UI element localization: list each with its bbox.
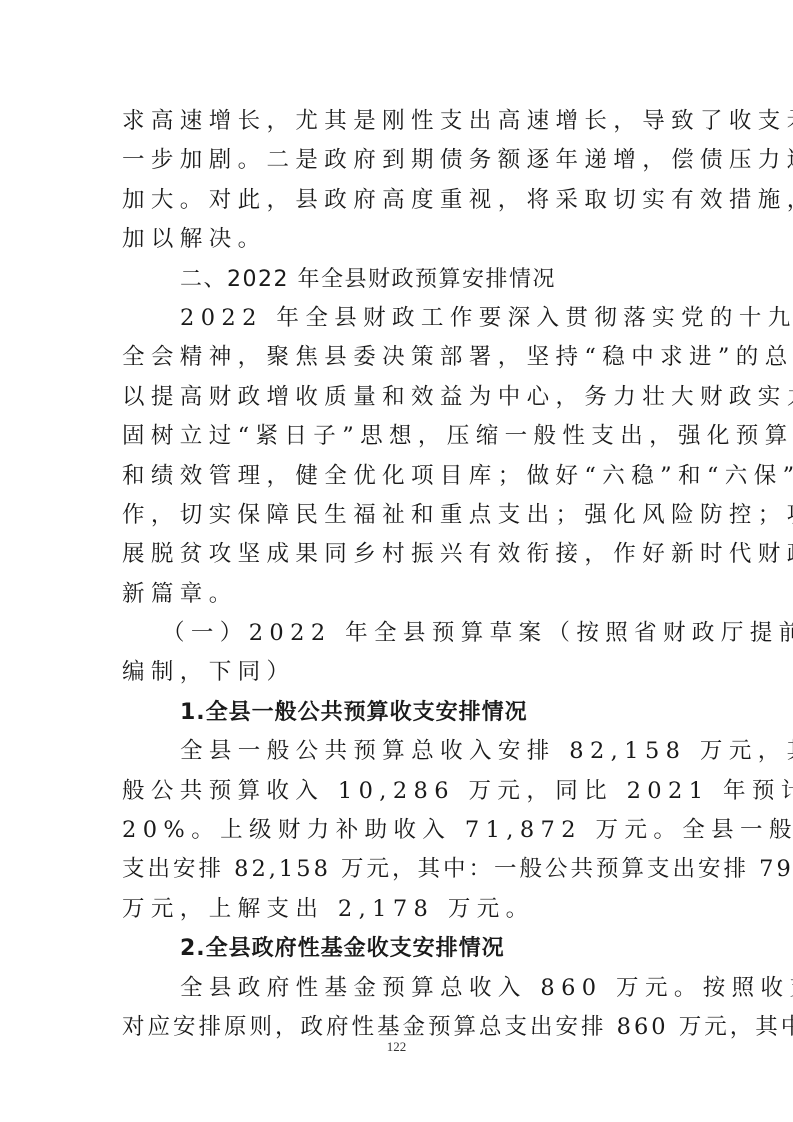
subsection-heading: 编制，下同） xyxy=(122,653,674,692)
paragraph-line: 万元，上解支出 2,178 万元。 xyxy=(122,890,674,929)
paragraph-line: 全县一般公共预算总收入安排 82,158 万元，其中：一 xyxy=(122,732,674,771)
paragraph-line: 加大。对此，县政府高度重视，将采取切实有效措施，认真 xyxy=(122,181,674,220)
paragraph-line: 展脱贫攻坚成果同乡村振兴有效衔接，作好新时代财政事业 xyxy=(122,535,674,574)
paragraph-line: 般公共预算收入 10,286 万元，同比 2021 年预计完成数下降 xyxy=(122,772,674,811)
page-number: 122 xyxy=(0,1039,793,1055)
paragraph-line: 加以解决。 xyxy=(122,220,674,259)
paragraph-line: 求高速增长，尤其是刚性支出高速增长，导致了收支矛盾进 xyxy=(122,102,674,141)
paragraph-line: 新篇章。 xyxy=(122,575,674,614)
paragraph-line: 以提高财政增收质量和效益为中心，务力壮大财政实力；牢 xyxy=(122,378,674,417)
paragraph-line: 一步加剧。二是政府到期债务额逐年递增，偿债压力进一步 xyxy=(122,141,674,180)
paragraph-line: 20%。上级财力补助收入 71,872 万元。全县一般公共预算总 xyxy=(122,811,674,850)
paragraph-line: 全县政府性基金预算总收入 860 万元。按照收支平衡和 xyxy=(122,969,674,1008)
paragraph-line: 全会精神，聚焦县委决策部署，坚持“稳中求进”的总基调， xyxy=(122,338,674,377)
section-heading: 二、2022 年全县财政预算安排情况 xyxy=(122,260,674,299)
subheading-general-budget: 1.全县一般公共预算收支安排情况 xyxy=(122,693,674,732)
paragraph-line: 作，切实保障民生福祉和重点支出；强化风险防控；巩固拓 xyxy=(122,496,674,535)
paragraph-line: 支出安排 82,158 万元，其中：一般公共预算支出安排 79,980 xyxy=(122,850,674,889)
paragraph-line: 固树立过“紧日子”思想，压缩一般性支出，强化预算约束 xyxy=(122,417,674,456)
paragraph-line: 2022 年全县财政工作要深入贯彻落实党的十九届六中 xyxy=(122,299,674,338)
paragraph-line: 和绩效管理，健全优化项目库；做好“六稳”和“六保”工 xyxy=(122,457,674,496)
subheading-government-fund: 2.全县政府性基金收支安排情况 xyxy=(122,929,674,968)
document-page: 求高速增长，尤其是刚性支出高速增长，导致了收支矛盾进 一步加剧。二是政府到期债务… xyxy=(122,102,674,1047)
subsection-heading: （一）2022 年全县预算草案（按照省财政厅提前告知数 xyxy=(122,614,674,653)
